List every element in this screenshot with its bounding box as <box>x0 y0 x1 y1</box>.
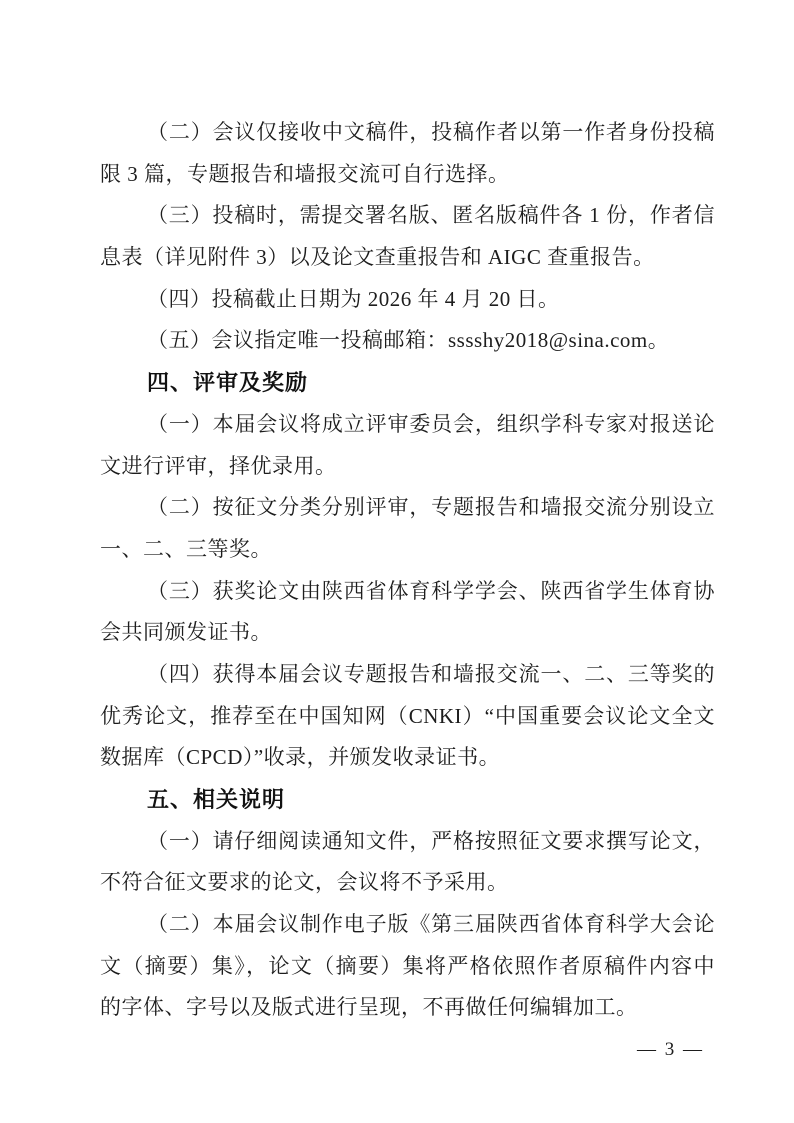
paragraph-line: 文（摘要）集》，论文（摘要）集将严格依照作者原稿件内容中 <box>100 946 715 988</box>
paragraph-line: 文进行评审，择优录用。 <box>100 446 715 488</box>
paragraph-line: （二）本届会议制作电子版《第三届陕西省体育科学大会论 <box>100 904 715 946</box>
document-body: （二）会议仅接收中文稿件，投稿作者以第一作者身份投稿 限 3 篇，专题报告和墙报… <box>100 112 715 1029</box>
paragraph-line-email: （五）会议指定唯一投稿邮箱：sssshy2018@sina.com。 <box>100 320 715 362</box>
paragraph-line: （四）投稿截止日期为 2026 年 4 月 20 日。 <box>100 279 715 321</box>
paragraph-line: （一）本届会议将成立评审委员会，组织学科专家对报送论 <box>100 404 715 446</box>
paragraph-line: 数据库（CPCD）”收录，并颁发收录证书。 <box>100 737 715 779</box>
paragraph-line: （四）获得本届会议专题报告和墙报交流一、二、三等奖的 <box>100 654 715 696</box>
paragraph-line: （二）按征文分类分别评审，专题报告和墙报交流分别设立 <box>100 487 715 529</box>
section-heading-review-awards: 四、评审及奖励 <box>100 362 715 404</box>
paragraph-line: 会共同颁发证书。 <box>100 612 715 654</box>
paragraph-line: （二）会议仅接收中文稿件，投稿作者以第一作者身份投稿 <box>100 112 715 154</box>
paragraph-line: 一、二、三等奖。 <box>100 529 715 571</box>
paragraph-line: 息表（详见附件 3）以及论文查重报告和 AIGC 查重报告。 <box>100 237 715 279</box>
paragraph-line: （三）获奖论文由陕西省体育科学学会、陕西省学生体育协 <box>100 571 715 613</box>
paragraph-line: （一）请仔细阅读通知文件，严格按照征文要求撰写论文， <box>100 821 715 863</box>
paragraph-line: 限 3 篇，专题报告和墙报交流可自行选择。 <box>100 154 715 196</box>
paragraph-line: 优秀论文，推荐至在中国知网（CNKI）“中国重要会议论文全文 <box>100 696 715 738</box>
paragraph-line: 的字体、字号以及版式进行呈现，不再做任何编辑加工。 <box>100 987 715 1029</box>
paragraph-line: （三）投稿时，需提交署名版、匿名版稿件各 1 份，作者信 <box>100 195 715 237</box>
paragraph-line: 不符合征文要求的论文，会议将不予采用。 <box>100 862 715 904</box>
page-number: — 3 — <box>637 1036 704 1064</box>
section-heading-related-notes: 五、相关说明 <box>100 779 715 821</box>
document-page: （二）会议仅接收中文稿件，投稿作者以第一作者身份投稿 限 3 篇，专题报告和墙报… <box>0 0 794 1123</box>
